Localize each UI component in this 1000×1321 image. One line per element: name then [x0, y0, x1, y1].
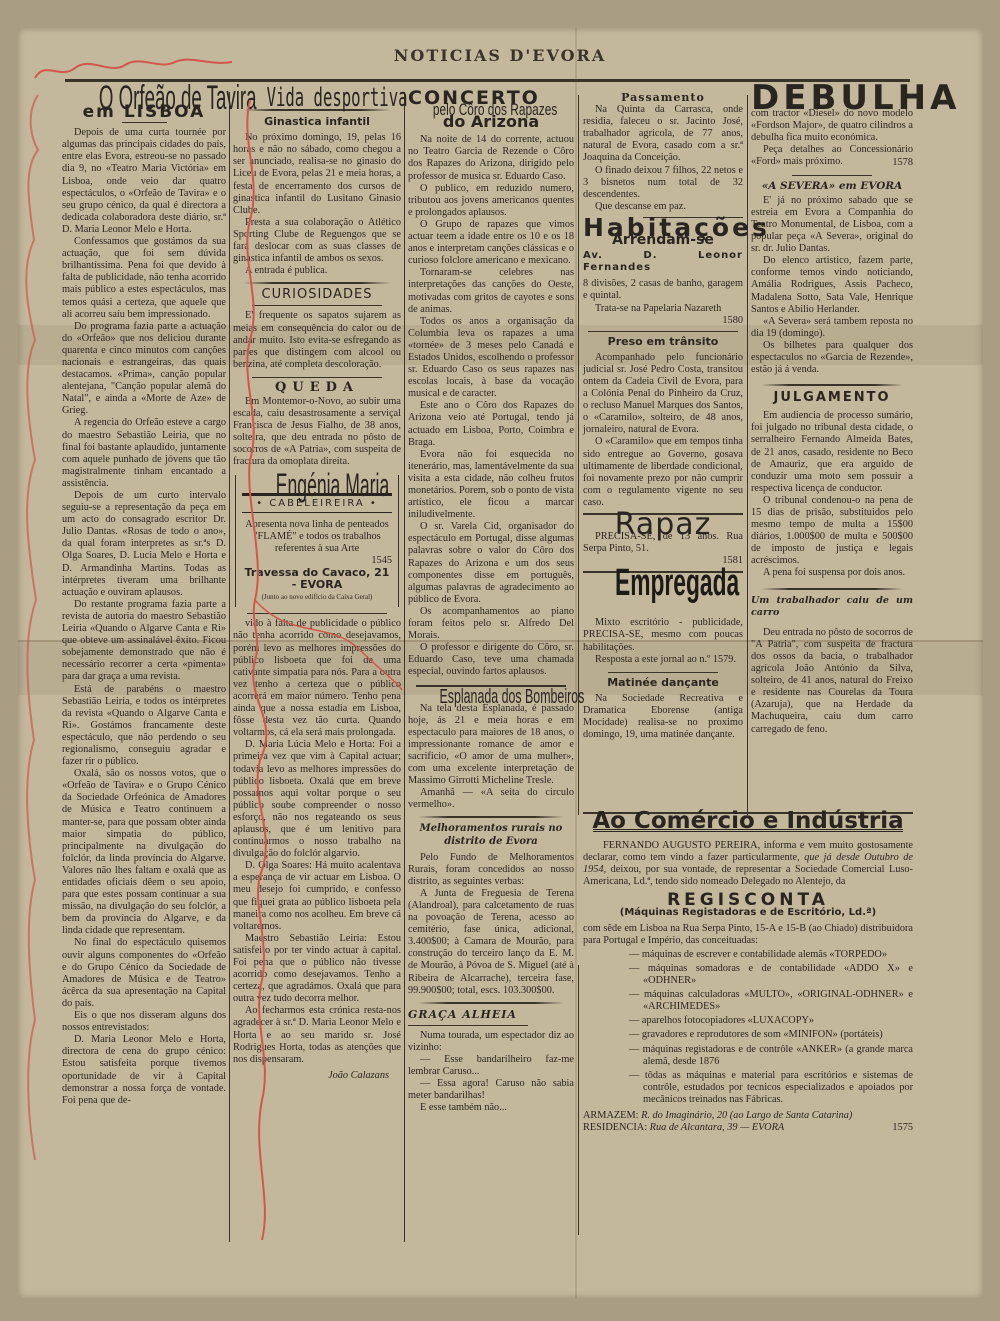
paragraph: — Essa agora! Caruso não sabia meter ban…: [408, 1078, 574, 1102]
article-curiosidades: E' frequente os sapatos sujarem as meias…: [233, 310, 401, 370]
ad-armazem: ARMAZEM: R. do Imaginário, 20 (ao Largo …: [583, 1110, 913, 1122]
paragraph: Na Quinta da Carrasca, onde residia, fal…: [583, 104, 743, 164]
paragraph: Na tela desta Esplanada, é passado hoje,…: [408, 703, 574, 788]
article-queda: Em Montemor-o-Novo, ao subir uma escada,…: [233, 396, 401, 469]
paragraph: Depois de um curto intervalo seguiu-se a…: [62, 490, 226, 599]
paragraph: — Esse bandarilheiro faz-me lembrar Caru…: [408, 1054, 574, 1078]
headline-matinee: Matinée dançante: [583, 677, 743, 689]
paragraph: Ao fecharmos esta crónica resta-nos agra…: [233, 1005, 401, 1065]
paragraph: D. Maria Leonor Melo e Horta, directora …: [62, 1034, 226, 1107]
headline-julgamento: JULGAMENTO: [751, 392, 913, 404]
paragraph: Resposta a este jornal ao n.º 1579.: [583, 654, 743, 666]
ad-number: 1575: [892, 1122, 913, 1134]
divider: [252, 305, 382, 306]
headline-melhoramentos: Melhoramentos rurais no distrito de Evor…: [408, 823, 574, 847]
paragraph: O sr. Varela Cid, organisador do espectá…: [408, 521, 574, 606]
ad-company: REGISCONTA: [583, 894, 913, 906]
paragraph: «A Severa» será tambem reposta no dia 19…: [751, 316, 913, 340]
paragraph: Os bilhetes para qualquer dos espectacul…: [751, 340, 913, 376]
divider: [761, 588, 903, 590]
paragraph: O publico, em reduzido numero, tributou …: [408, 183, 574, 219]
ad-number: 1580: [583, 315, 743, 327]
article-matinee: Na Sociedade Recreativa e Dramatica Ebor…: [583, 693, 743, 741]
paragraph: Está de parabéns o maestro Sebastião Lei…: [62, 684, 226, 769]
article-ginastica: No próximo domingo, 19, pelas 16 horas e…: [233, 132, 401, 277]
headline-preso: Preso em trânsito: [583, 336, 743, 348]
paragraph: D. Maria Lúcia Melo e Horta: Foi a prime…: [233, 739, 401, 860]
ad-address: Av. D. Leonor Fernandes: [583, 250, 743, 274]
paragraph: Do programa fazia parte a actuação do «O…: [62, 321, 226, 418]
article-esplanada: Na tela desta Esplanada, é passado hoje,…: [408, 703, 574, 812]
article-graca-alheia: Numa tourada, um espectador diz ao vizin…: [408, 1030, 574, 1115]
paragraph: Maestro Sebastião Leiria: Estou satisfei…: [233, 933, 401, 1006]
article-preso: Acompanhado pelo funcionário judicial sr…: [583, 352, 743, 509]
article-melhoramentos: Pelo Fundo de Melhoramentos Rurais, fora…: [408, 852, 574, 997]
paragraph: Oxalá, são os nossos votos, que o «Orfeã…: [62, 768, 226, 937]
ad-debulha-title: DEBULHA: [751, 92, 913, 104]
ad-cabeleireira: Engénia Maria • CABELEIREIRA • Apresenta…: [235, 475, 399, 608]
paragraph: E' já no próximo sabado que se estreia e…: [751, 195, 913, 255]
paragraph: Na noite de 14 do corrente, actuou no Te…: [408, 134, 574, 182]
paragraph: O tribunal condenou-o na pena de 15 dias…: [751, 495, 913, 568]
paragraph: Depois de uma curta tournée por algumas …: [62, 127, 226, 236]
ad-note: (Junto ao novo edifício da Caixa Geral): [242, 591, 392, 603]
paragraph: Todos os anos a organisação da Columbia …: [408, 316, 574, 401]
article-orfeao-continued: vido à falta de publicidade o público nã…: [233, 618, 401, 1065]
ad-item: — máquinas calculadoras «MULTO», «ORIGIN…: [583, 989, 913, 1013]
ad-comercio-industria: Ao Comércio e Indústria FERNANDO AUGUSTO…: [583, 815, 913, 1134]
concerto-subtitle: pelo Côro dos Rapazes: [408, 104, 574, 116]
paragraph: A pena foi suspensa por dois anos.: [751, 567, 913, 579]
paragraph: O Grupo de rapazes que vimos actuar teem…: [408, 219, 574, 267]
masthead: NOTICIAS D'EVORA: [0, 46, 1000, 65]
paragraph: O «Caramilo» que em tempos tinha sido en…: [583, 436, 743, 509]
divider: [418, 1002, 564, 1004]
paragraph: A regencia do Orfeão esteve a cargo do m…: [62, 417, 226, 490]
paragraph: E esse também não...: [408, 1102, 574, 1114]
headline-esplanada: Esplanada dos Bombeiros: [408, 691, 574, 703]
ad-contact: Trata-se na Papelaria Nazareth: [583, 303, 743, 315]
paragraph: Tornaram-se celebres nas interpretações …: [408, 267, 574, 315]
headline-trabalhador: Um trabalhador caiu de um carro: [751, 595, 913, 619]
paragraph: O finado deixou 7 filhos, 22 netos e 3 b…: [583, 165, 743, 201]
paragraph: A entrada é publica.: [233, 265, 401, 277]
paragraph: Eis o que nos disseram alguns dos nossos…: [62, 1010, 226, 1034]
ad-debulha-text: com tractor «Diesel» do novo modelo «For…: [751, 108, 913, 144]
headline-severa: «A SEVERA» em EVORA: [751, 180, 913, 192]
ad-item: — máquinas somadoras e de contabilidade …: [583, 963, 913, 987]
paragraph: No final do espectáculo quisemos ouvir a…: [62, 937, 226, 1010]
ad-item-list: — máquinas de escrever e contabilidade a…: [583, 949, 913, 1106]
ad-rapaz-title: Rapaz: [583, 519, 743, 531]
ad-body: com sêde em Lisboa na Rua Serpa Pinto, 1…: [583, 923, 913, 947]
paragraph: Pelo Fundo de Melhoramentos Rurais, fora…: [408, 852, 574, 888]
paragraph: Confessamos que gostámos da sua actuação…: [62, 236, 226, 321]
divider: [792, 175, 872, 176]
article-trabalhador: Deu entrada no pôsto de socorros de "A P…: [751, 627, 913, 736]
ad-item: — aparelhos fotocopiadores «LUXACOPY»: [583, 1015, 913, 1027]
paragraph: A Junta de Freguesia de Terena (Alandroa…: [408, 888, 574, 997]
article-passamento: Na Quinta da Carrasca, onde residia, fal…: [583, 104, 743, 213]
column-divider: [229, 92, 230, 1242]
ad-text: Apresenta nova linha de penteados "FLAMÉ…: [242, 519, 392, 555]
ad-name: Engénia Maria: [242, 479, 392, 491]
article-orfeao-tavira: O Orfeão de Tavira em LISBOA Depois de u…: [62, 92, 226, 1107]
ad-rapaz-text: PRECISA-SE, de 13 anos. Rua Serpa Pinto,…: [583, 531, 743, 555]
article-signature: João Calazans: [233, 1070, 389, 1082]
paragraph: Do restante programa fazia parte a revis…: [62, 599, 226, 684]
ad-empregada-text: Mixto escritório - publicidade, PRECISA-…: [583, 617, 743, 665]
headline-curiosidades: CURIOSIDADES: [233, 289, 401, 301]
divider: [247, 613, 387, 614]
divider: [608, 672, 718, 673]
headline-graca-alheia: GRAÇA ALHEIA: [408, 1009, 574, 1021]
ad-company-sub: (Máquinas Registadoras e de Escritório, …: [583, 907, 913, 919]
divider: [242, 512, 392, 513]
column-divider: [578, 965, 579, 1235]
ad-item: — gravadores e reprodutores de som «MINI…: [583, 1029, 913, 1041]
divider: [252, 377, 382, 378]
paragraph: Em audiencia de processo sumário, foi ju…: [751, 410, 913, 495]
paragraph: Os acompanhamentos ao piano foram feitos…: [408, 606, 574, 642]
divider: [243, 282, 391, 284]
divider: [761, 384, 903, 386]
ad-item: — tôdas as máquinas e material para escr…: [583, 1070, 913, 1106]
divider: [408, 1025, 528, 1026]
paragraph: O professor e dirigente do Côro, sr. Edu…: [408, 642, 574, 678]
ad-item: — máquinas de escrever e contabilidade a…: [583, 949, 913, 961]
column-divider: [747, 95, 748, 815]
ad-empregada-title: Empregada: [583, 577, 743, 617]
paragraph: Mixto escritório - publicidade, PRECISA-…: [583, 617, 743, 653]
paragraph: Do elenco artistico, fazem parte, confor…: [751, 255, 913, 315]
ad-text: 8 divisões, 2 casas de banho, garagem e …: [583, 278, 743, 302]
paragraph: Acompanhado pelo funcionário judicial sr…: [583, 352, 743, 437]
column-2: Vida desportiva Ginastica infantil No pr…: [233, 92, 401, 1082]
column-3: CONCERTO pelo Côro dos Rapazes do Arizon…: [408, 92, 574, 1115]
ad-address: Travessa do Cavaco, 21 - EVORA: [242, 567, 392, 591]
ad-title: Ao Comércio e Indústria: [583, 815, 913, 827]
article-concerto: Na noite de 14 do corrente, actuou no Te…: [408, 134, 574, 678]
paragraph: Amanhã — «A seita do circulo vermelho».: [408, 787, 574, 811]
headline-queda: QUEDA: [233, 382, 401, 394]
section-title: Vida desportiva: [233, 92, 401, 104]
paragraph: vido à falta de publicidade o público nã…: [233, 618, 401, 739]
paragraph: Numa tourada, um espectador diz ao vizin…: [408, 1030, 574, 1054]
column-5: DEBULHA com tractor «Diesel» do novo mod…: [751, 92, 913, 736]
paragraph: No próximo domingo, 19, pelas 16 horas e…: [233, 132, 401, 217]
fold-line: [575, 28, 577, 1298]
ad-item: — máquinas registadoras e de contrôle «A…: [583, 1044, 913, 1068]
divider: [418, 816, 564, 818]
divider: [122, 122, 167, 123]
divider: [588, 331, 738, 332]
headline-ginastica: Ginastica infantil: [233, 116, 401, 128]
article-severa: E' já no próximo sabado que se estreia e…: [751, 195, 913, 376]
column-4: Passamento Na Quinta da Carrasca, onde r…: [583, 92, 743, 741]
ad-residencia: RESIDENCIA: Rua de Alcantara, 39 — EVORA…: [583, 1122, 913, 1134]
column-divider: [404, 92, 405, 1242]
ad-intro: FERNANDO AUGUSTO PEREIRA, informa e vem …: [583, 840, 913, 888]
paragraph: Evora não foi esquecida no itenerário, m…: [408, 449, 574, 522]
paragraph: Presta a sua colaboração o Atlético Spor…: [233, 217, 401, 265]
headline-passamento: Passamento: [583, 92, 743, 104]
article-julgamento: Em audiencia de processo sumário, foi ju…: [751, 410, 913, 579]
paragraph: D. Olga Soares: Há muito acalentava a es…: [233, 860, 401, 933]
article-body: Depois de uma curta tournée por algumas …: [62, 127, 226, 1107]
paragraph: Este ano o Côro dos Rapazes do Arizona v…: [408, 400, 574, 448]
paragraph: Que descanse em paz.: [583, 201, 743, 213]
